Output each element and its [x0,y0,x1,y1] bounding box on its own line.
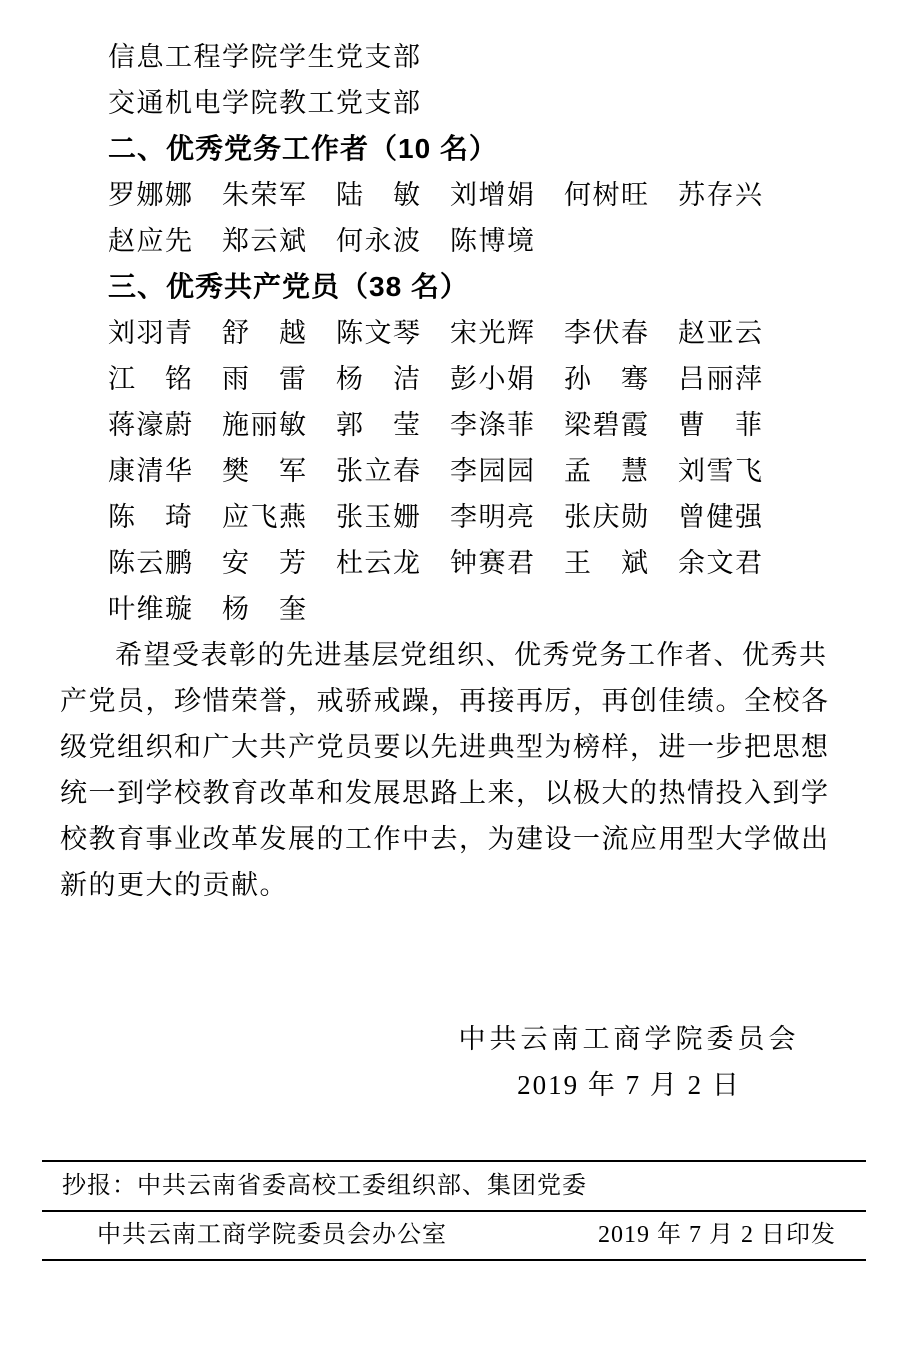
paragraph-line: 级党组织和广大共产党员要以先进典型为榜样，进一步把思想 [60,724,858,770]
name-row: 陈 琦 应飞燕 张玉姗 李明亮 张庆勋 曾健强 [108,494,858,540]
paragraph-line: 产党员，珍惜荣誉，戒骄戒躁，再接再厉，再创佳绩。全校各 [60,678,858,724]
document-footer: 抄报：中共云南省委高校工委组织部、集团党委 中共云南工商学院委员会办公室 201… [42,1160,866,1261]
paragraph-line: 希望受表彰的先进基层党组织、优秀党务工作者、优秀共 [60,632,858,678]
section-heading-outstanding-party-workers: 二、优秀党务工作者（10 名） [108,126,858,172]
paragraph-line: 新的更大的贡献。 [60,862,858,908]
signature-org: 中共云南工商学院委员会 [399,1016,859,1062]
section-heading-outstanding-party-members: 三、优秀共产党员（38 名） [108,264,858,310]
paragraph-line: 统一到学校教育改革和发展思路上来，以极大的热情投入到学 [60,770,858,816]
signature-date: 2019 年 7 月 2 日 [399,1062,859,1108]
name-row: 刘羽青 舒 越 陈文琴 宋光辉 李伏春 赵亚云 [108,310,858,356]
intro-line: 信息工程学院学生党支部 [108,34,858,80]
footer-rule-bottom [42,1259,866,1261]
paragraph-line: 校教育事业改革发展的工作中去，为建设一流应用型大学做出 [60,816,858,862]
footer-print-date: 2019 年 7 月 2 日印发 [598,1212,836,1259]
name-row: 赵应先 郑云斌 何永波 陈博境 [108,218,858,264]
name-row: 康清华 樊 军 张立春 李园园 孟 慧 刘雪飞 [108,448,858,494]
document-page: { "page": { "background": "#ffffff", "te… [0,0,914,1365]
footer-issuer: 中共云南工商学院委员会办公室 [97,1212,447,1259]
name-row: 陈云鹏 安 芳 杜云龙 钟赛君 王 斌 余文君 [108,540,858,586]
footer-issue-row: 中共云南工商学院委员会办公室 2019 年 7 月 2 日印发 [42,1212,866,1259]
name-row: 江 铭 雨 雷 杨 洁 彭小娟 孙 骞 吕丽萍 [108,356,858,402]
signature-block: 中共云南工商学院委员会 2019 年 7 月 2 日 [399,1016,859,1108]
document-body: 信息工程学院学生党支部 交通机电学院教工党支部 二、优秀党务工作者（10 名） … [60,34,858,908]
name-row: 罗娜娜 朱荣军 陆 敏 刘增娟 何树旺 苏存兴 [108,172,858,218]
name-row: 蒋濠蔚 施丽敏 郭 莹 李涤菲 梁碧霞 曹 菲 [108,402,858,448]
name-row: 叶维璇 杨 奎 [108,586,858,632]
footer-copy-line: 抄报：中共云南省委高校工委组织部、集团党委 [42,1162,866,1210]
intro-line: 交通机电学院教工党支部 [108,80,858,126]
